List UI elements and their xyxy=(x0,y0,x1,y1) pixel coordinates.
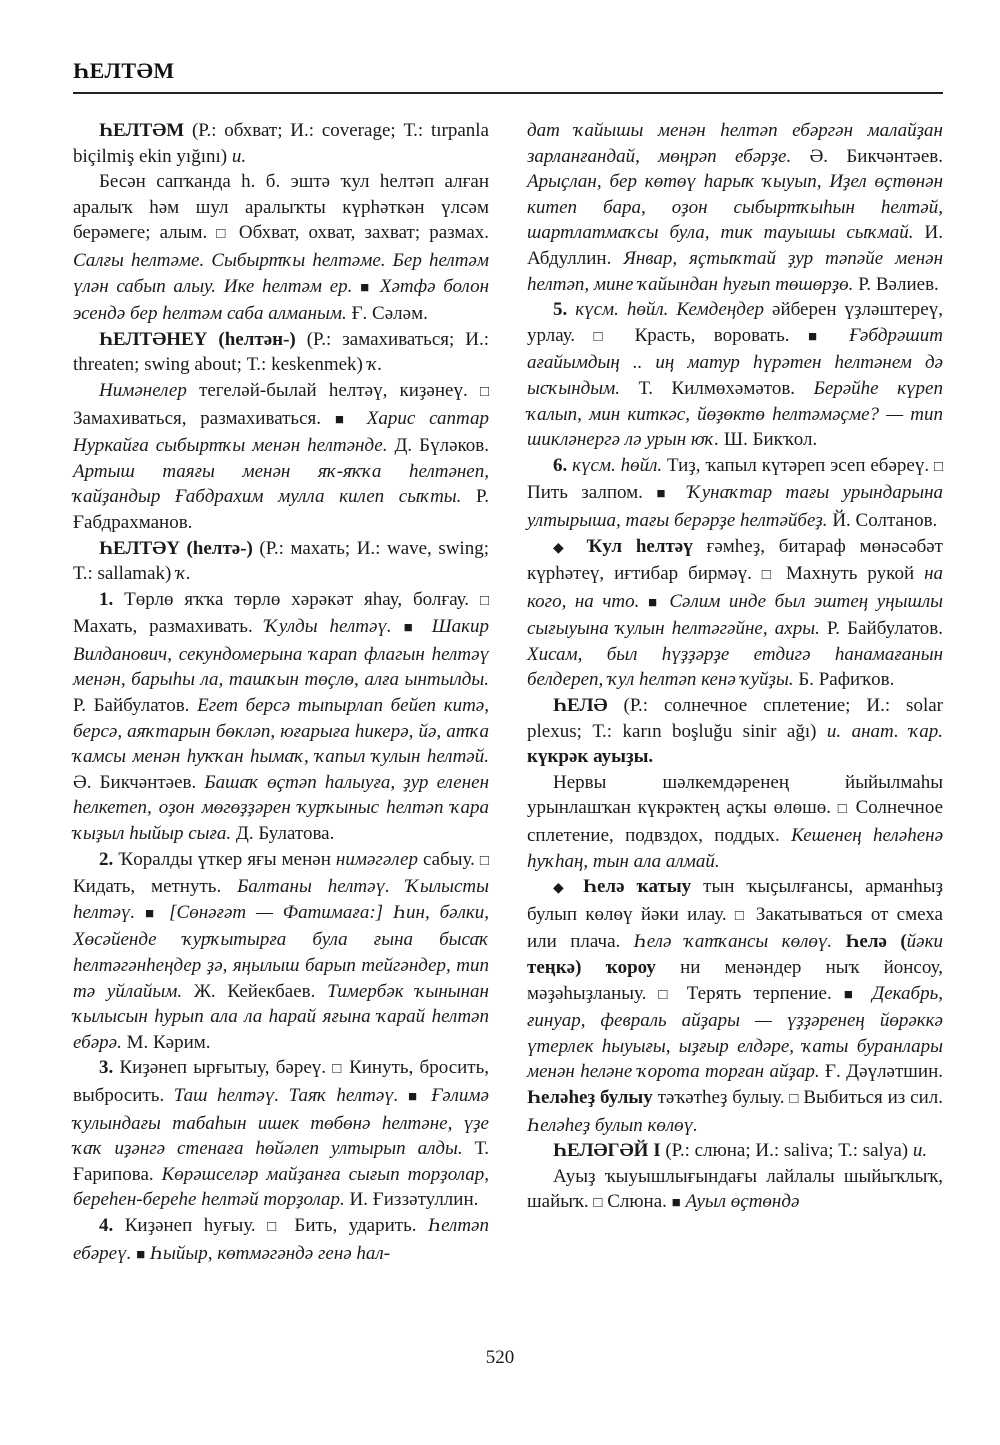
text: Обхват, охват, захват; размах. xyxy=(230,222,489,243)
text: Ғ. Сәләм. xyxy=(347,303,428,324)
headword: ҺЕЛТӘМ xyxy=(99,120,184,141)
dictionary-paragraph: Һелә ҡатыу тын ҡыҫылғансы, арманһыҙ булы… xyxy=(527,874,943,1138)
open-square-icon xyxy=(735,904,748,925)
italic-text: Артыш таяғы менән яҡ-яҡҡа һелтәнеп, ҡайҙ… xyxy=(73,461,489,508)
italic-text: Нимәнелер xyxy=(99,380,187,401)
dictionary-paragraph: 4. Киҙәнеп һуғыу. Бить, ударить. Һелтәп … xyxy=(73,1213,489,1268)
diamond-icon xyxy=(553,876,571,897)
headword: Һелә ( xyxy=(845,931,906,952)
dictionary-entry-head: ҺЕЛТӘМ (Р.: обхват; И.: coverage; Т.: tı… xyxy=(73,118,489,169)
sense-number: 5. xyxy=(553,299,567,320)
text: Төрлө яҡҡа төрлө хәрәкәт яһау, болғау. xyxy=(113,589,480,610)
sense-number: 2. xyxy=(99,849,113,870)
italic-text: Арыҫлан, бер көтөү һарыҡ ҡыуып, Иҙел өҫт… xyxy=(527,171,943,243)
text: Кидать, метнуть. xyxy=(73,876,237,897)
headword: Һелә ҡатыу xyxy=(571,876,691,897)
italic-text: Ауыл өҫтөндә xyxy=(681,1191,800,1212)
text: Ж. Кейекбаев. xyxy=(182,981,327,1002)
dictionary-paragraph: дат ҡайышы менән һелтәп ебәргән малайҙан… xyxy=(527,118,943,297)
open-square-icon xyxy=(216,222,229,243)
headword: ҺЕЛТӘНЕҮ (һелтән-) xyxy=(99,329,296,350)
text: Выбиться из сил. xyxy=(799,1087,944,1108)
headword: теңкә) ҡороу xyxy=(527,957,656,978)
filled-square-icon xyxy=(335,408,353,429)
text: Киҙәнеп һуғыу. xyxy=(113,1215,267,1236)
headword: Ҡул һелтәү xyxy=(573,536,693,557)
dictionary-paragraph: Ҡул һелтәү ғәмһеҙ, битараф мөнәсәбәт күр… xyxy=(527,534,943,694)
dictionary-paragraph: 5. күсм. һөйл. Кемдеңдер әйберен үҙләште… xyxy=(527,297,943,453)
open-square-icon xyxy=(480,380,489,401)
text: Б. Рафиҡов. xyxy=(794,669,895,690)
sense-number: 1. xyxy=(99,589,113,610)
italic-text: и. xyxy=(913,1140,927,1161)
sense-number: 6. xyxy=(553,455,567,476)
italic-text: и. xyxy=(232,146,246,167)
text: Ә. Бикчәнтәев. xyxy=(73,772,204,793)
italic-text: йәки xyxy=(907,931,943,952)
dictionary-entry-head: ҺЕЛӘ (Р.: солнечное сплетение; И.: solar… xyxy=(527,693,943,770)
text: Слюна. xyxy=(602,1191,671,1212)
headword: күкрәк ауыҙы. xyxy=(527,746,653,767)
headword: ҺЕЛТӘҮ (һелтә-) xyxy=(99,538,253,559)
text: тәҡәтһеҙ булыу. xyxy=(653,1087,790,1108)
text: Бить, ударить. xyxy=(283,1215,428,1236)
filled-square-icon xyxy=(408,1085,422,1106)
diamond-icon xyxy=(553,536,573,557)
filled-square-icon xyxy=(808,325,831,346)
italic-text: Һеләһеҙ булып көлөү. xyxy=(527,1115,698,1136)
text: Р. Байбулатов. xyxy=(820,618,943,639)
italic-text: күсм. һөйл. Кемдеңдер xyxy=(567,299,764,320)
dictionary-paragraph: 3. Киҙәнеп ырғытыу, бәреү. Кинуть, броси… xyxy=(73,1055,489,1213)
dictionary-paragraph: Ауыҙ ҡыуышлығындағы лайлалы шыйыҡлыҡ, ша… xyxy=(527,1164,943,1217)
header-rule xyxy=(73,92,943,94)
text: Тиҙ, ҡапыл күтәреп эсеп ебәреү. xyxy=(662,455,934,476)
text: Р. Байбулатов. xyxy=(73,695,197,716)
open-square-icon xyxy=(332,1057,343,1078)
italic-text: Таш һелтәү. Таяҡ һелтәү. xyxy=(174,1085,408,1106)
filled-square-icon xyxy=(648,591,661,612)
text: Махать, размахивать. xyxy=(73,616,265,637)
dictionary-paragraph: 2. Ҡоралды үткер яғы менән нимәгәлер саб… xyxy=(73,847,489,1056)
text: Ғ. Дәүләтшин. xyxy=(820,1061,943,1082)
open-square-icon xyxy=(658,983,674,1004)
text: сабыу. xyxy=(418,849,480,870)
dictionary-paragraph: 1. Төрлө яҡҡа төрлө хәрәкәт яһау, болғау… xyxy=(73,587,489,847)
sense-number: 3. xyxy=(99,1057,113,1078)
open-square-icon xyxy=(934,455,943,476)
dictionary-paragraph: 6. күсм. һөйл. Тиҙ, ҡапыл күтәреп эсеп е… xyxy=(527,453,943,534)
dictionary-entry-head: ҺЕЛӘГӘЙ I (Р.: слюна; И.: saliva; Т.: sa… xyxy=(527,1138,943,1164)
dictionary-paragraph: Нимәнелер тегеләй-былай һелтәү, киҙәнеү.… xyxy=(73,378,489,536)
text: М. Кәрим. xyxy=(122,1032,211,1053)
dictionary-entry-head: ҺЕЛТӘНЕҮ (һелтән-) (Р.: замахиваться; И.… xyxy=(73,327,489,378)
text: И. Ғиззәтуллин. xyxy=(345,1189,479,1210)
open-square-icon xyxy=(789,1087,798,1108)
open-square-icon xyxy=(480,589,489,610)
right-column: дат ҡайышы менән һелтәп ебәргән малайҙан… xyxy=(527,118,943,1217)
italic-text: нимәгәлер xyxy=(336,849,418,870)
open-square-icon xyxy=(762,563,776,584)
running-head: ҺЕЛТӘМ xyxy=(73,58,175,84)
filled-square-icon xyxy=(844,983,860,1004)
italic-text: ҡ. xyxy=(368,354,383,375)
italic-text: ҡ. xyxy=(176,563,191,584)
italic-text: Ҡулды һелтәү. xyxy=(265,616,404,637)
dictionary-entry-head: ҺЕЛТӘҮ (һелтә-) (Р.: махать; И.: wave, s… xyxy=(73,536,489,587)
text: Красть, воровать. xyxy=(616,325,808,346)
text: Й. Солтанов. xyxy=(828,510,938,531)
text: Терять терпение. xyxy=(675,983,844,1004)
text: Д. Булатова. xyxy=(231,823,334,844)
text: Ш. Бикҡол. xyxy=(719,429,817,450)
italic-text: күсм. һөйл. xyxy=(567,455,662,476)
italic-text: и. анат. ҡар. xyxy=(827,721,943,742)
italic-text: Һелә ҡатҡансы көлөү. xyxy=(634,931,846,952)
italic-text: Һыйыр, көтмәгәндә генә һал- xyxy=(145,1243,390,1264)
text: Махнуть рукой xyxy=(776,563,924,584)
filled-square-icon xyxy=(145,902,159,923)
headword: ҺЕЛӘГӘЙ I xyxy=(553,1140,661,1161)
headword: Һеләһеҙ булыу xyxy=(527,1087,653,1108)
filled-square-icon xyxy=(136,1243,145,1264)
sense-number: 4. xyxy=(99,1215,113,1236)
text: тегеләй-былай һелтәү, киҙәнеү. xyxy=(187,380,480,401)
open-square-icon xyxy=(267,1215,283,1236)
text: Т. Килмөхәмәтов. xyxy=(620,378,814,399)
open-square-icon xyxy=(480,849,489,870)
filled-square-icon xyxy=(656,482,674,503)
text: Ҡоралды үткер яғы менән xyxy=(113,849,336,870)
text: Замахиваться, размахиваться. xyxy=(73,408,335,429)
text: Киҙәнеп ырғытыу, бәреү. xyxy=(113,1057,332,1078)
headword: ҺЕЛӘ xyxy=(553,695,608,716)
text: Р. Вәлиев. xyxy=(853,274,938,295)
page-number: 520 xyxy=(0,1347,1000,1369)
left-column: ҺЕЛТӘМ (Р.: обхват; И.: coverage; Т.: tı… xyxy=(73,118,489,1268)
filled-square-icon xyxy=(672,1191,681,1212)
dictionary-paragraph: Бесән сапҡанда һ. б. эштә ҡул һелтәп алғ… xyxy=(73,169,489,327)
text: Д. Бүләков. xyxy=(387,435,489,456)
text: Пить залпом. xyxy=(527,482,656,503)
text: (Р.: слюна; И.: saliva; Т.: salya) xyxy=(661,1140,913,1161)
open-square-icon xyxy=(593,325,616,346)
filled-square-icon xyxy=(404,616,420,637)
dictionary-paragraph: Нервы шәлкемдәренең йыйылмаһы урынлашҡан… xyxy=(527,770,943,874)
open-square-icon xyxy=(838,797,849,818)
filled-square-icon xyxy=(360,276,372,297)
text: Ә. Бикчәнтәев. xyxy=(791,146,943,167)
